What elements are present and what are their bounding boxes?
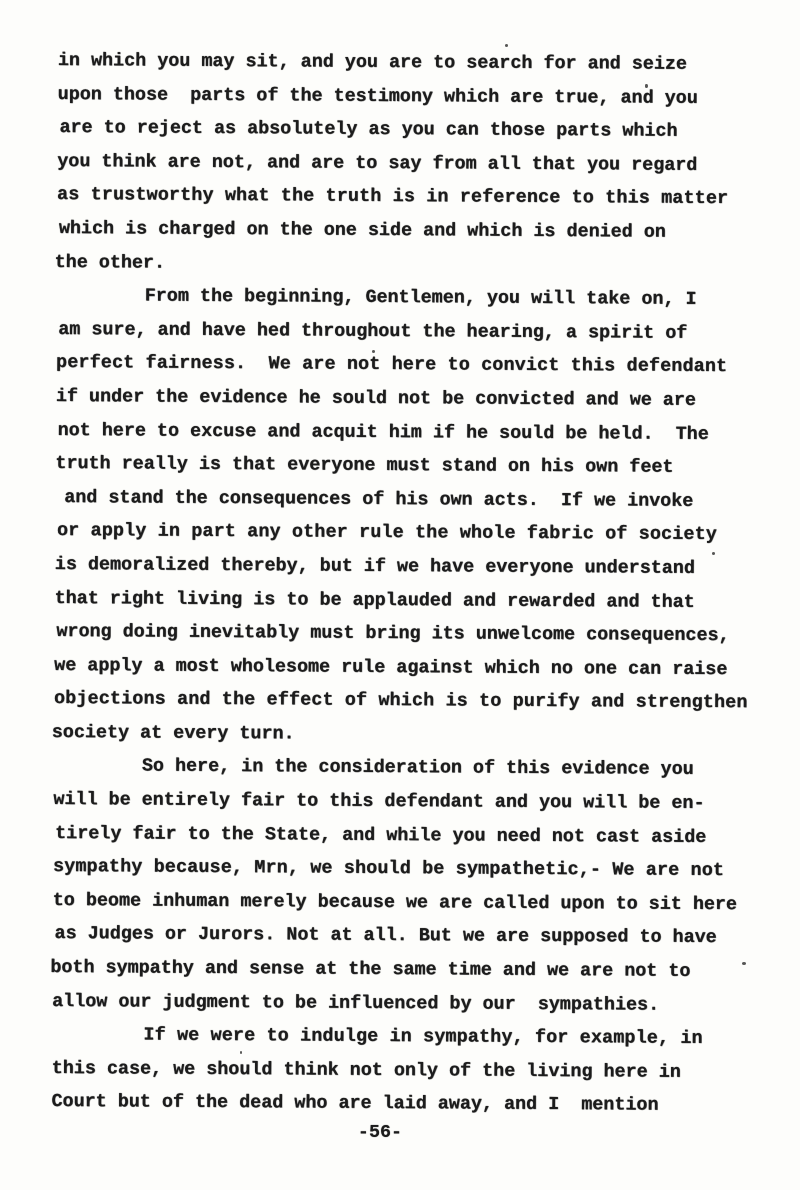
ink-speck <box>372 350 375 353</box>
ink-speck <box>240 1051 242 1054</box>
ink-speck <box>505 44 508 47</box>
text-line: is demoralized thereby, but if we have e… <box>55 548 761 586</box>
transcript-text: in which you may sit, and you are to sea… <box>51 44 764 1123</box>
text-line: this case, we should think not only of t… <box>52 1052 758 1090</box>
text-line: are to reject as absolutely as you can t… <box>59 111 763 149</box>
text-line: and stand the consequences of his own ac… <box>53 481 761 519</box>
ink-speck <box>645 84 648 88</box>
text-line: both sympathy and sense at the same time… <box>50 951 758 989</box>
text-line: From the beginning, Gentlemen, you will … <box>56 279 762 317</box>
text-line: So here, in the consideration of this ev… <box>53 749 759 787</box>
ink-speck <box>273 1102 276 1105</box>
text-line: or apply in part any other rule the whol… <box>57 514 761 552</box>
text-line: we apply a most wholesome rule against w… <box>54 649 760 687</box>
text-line: sympathy because, Mrn, we should be symp… <box>53 850 759 888</box>
text-line: wrong doing inevitably must bring its un… <box>56 615 760 653</box>
text-line: the other. <box>55 246 763 284</box>
text-line: you think are not, and are to say from a… <box>57 145 763 183</box>
text-line: in which you may sit, and you are to sea… <box>58 44 764 82</box>
text-line: that right living is to be applauded and… <box>55 581 761 619</box>
text-line: allow our judgment to be influenced by o… <box>52 985 758 1023</box>
text-line: society at every turn. <box>52 716 760 754</box>
ink-speck <box>712 552 715 555</box>
text-line: tirely fair to the State, and while you … <box>55 817 759 855</box>
page-number: -56- <box>330 1122 430 1143</box>
document-page: in which you may sit, and you are to sea… <box>0 0 800 1190</box>
text-line: as trustworthy what the truth is in refe… <box>57 178 763 216</box>
text-line: which is charged on the one side and whi… <box>59 212 763 250</box>
text-line: perfect fairness. We are not here to con… <box>56 346 762 384</box>
text-line: objections and the effect of which is to… <box>54 682 760 720</box>
text-line: as Judges or Jurors. Not at all. But we … <box>54 917 758 955</box>
text-line: If we were to indulge in sympathy, for e… <box>54 1018 758 1056</box>
ink-speck <box>742 962 746 965</box>
text-line: Court but of the dead who are laid away,… <box>51 1085 757 1123</box>
text-line: am sure, and have hed throughout the hea… <box>58 313 762 351</box>
text-line: if under the evidence he sould not be co… <box>56 380 762 418</box>
text-line: to beome inhuman merely because we are c… <box>53 884 759 922</box>
text-line: truth really is that everyone must stand… <box>55 447 761 485</box>
text-line: will be entirely fair to this defendant … <box>53 783 759 821</box>
text-line: upon those parts of the testimony which … <box>58 78 764 116</box>
text-line: not here to excuse and acquit him if he … <box>58 414 762 452</box>
